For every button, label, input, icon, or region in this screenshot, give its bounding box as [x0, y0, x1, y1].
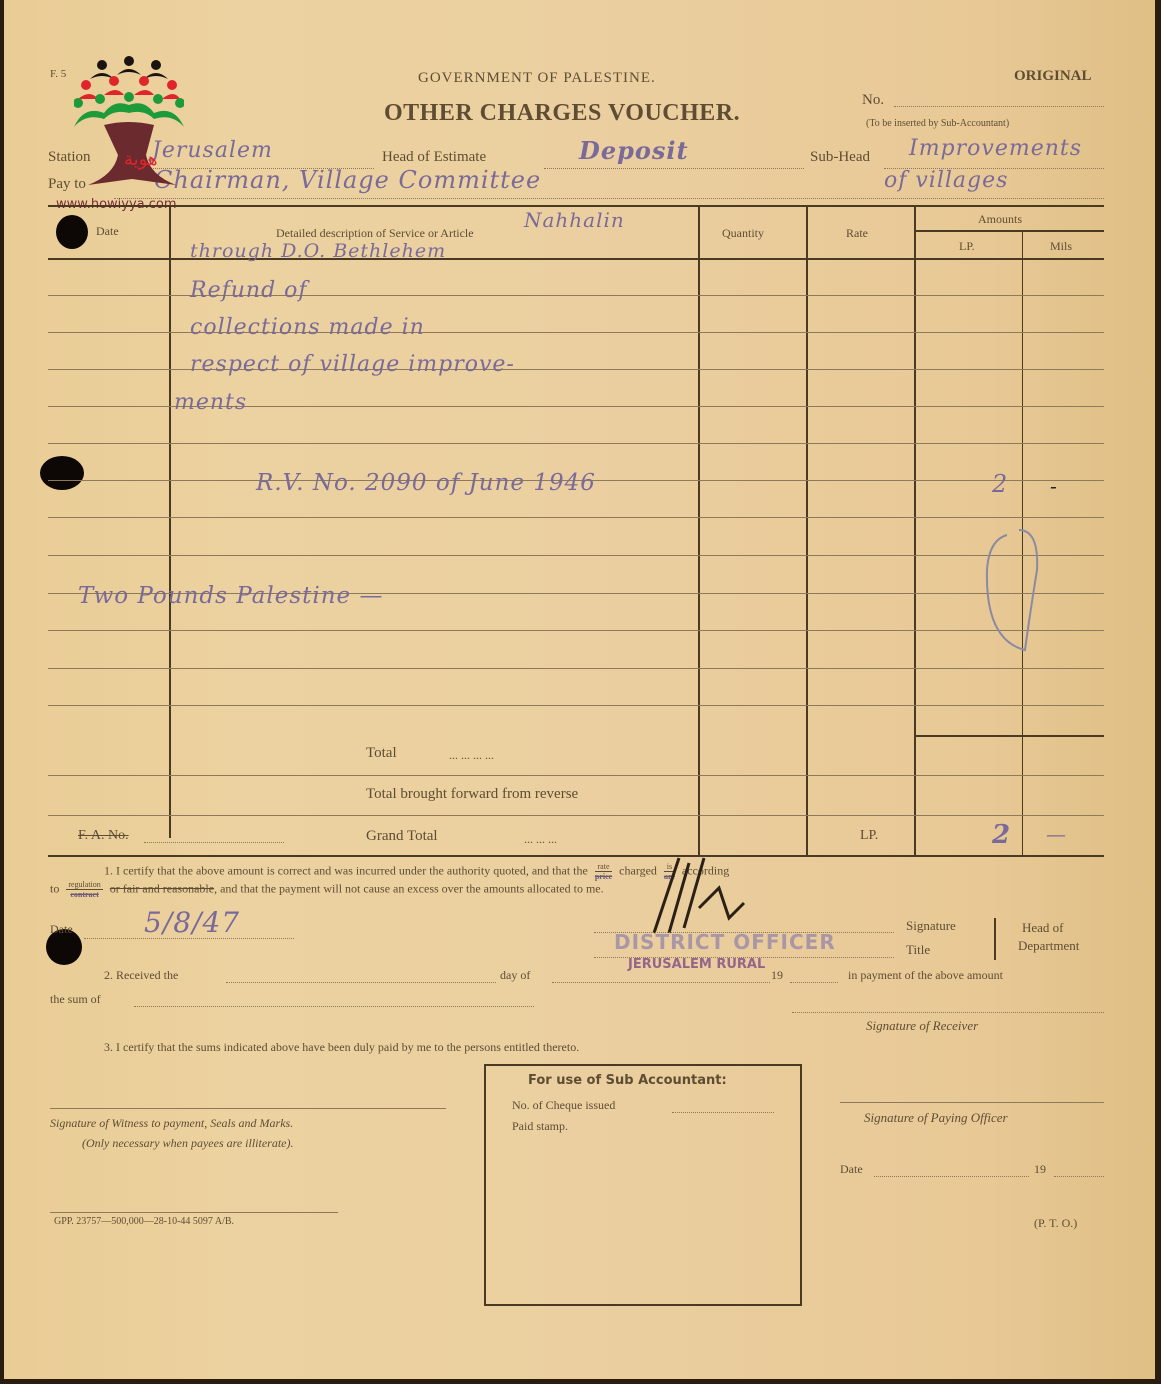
flourish-mark: [979, 525, 1049, 705]
head-of-estimate-label: Head of Estimate: [382, 149, 486, 166]
signature-label: Signature: [906, 918, 956, 934]
grand-total-currency: LP.: [860, 828, 878, 844]
printer-code-rule: [50, 1212, 338, 1213]
sum-of-line[interactable]: [134, 1006, 534, 1007]
cert-date-value[interactable]: 5/8/47: [144, 906, 240, 939]
sub-head-value-line1[interactable]: Improvements: [909, 136, 1082, 161]
receipt-day-of: day of: [500, 968, 530, 983]
col-header-amounts: Amounts: [978, 212, 1022, 227]
table-top-border: [48, 205, 1104, 207]
brought-forward-label: Total brought forward from reverse: [366, 786, 578, 803]
grand-total-mils[interactable]: —: [1046, 822, 1067, 846]
row-line: [48, 517, 1104, 518]
rate-price-fraction: rateprice: [595, 862, 612, 881]
original-label: ORIGINAL: [1014, 68, 1092, 85]
receiver-signature-line[interactable]: [792, 1012, 1104, 1013]
paying-year-prefix: 19: [1034, 1162, 1046, 1177]
cert-date-line: [84, 938, 294, 939]
pay-to-extra: Nahhalin: [524, 208, 625, 232]
printer-code: GPP. 23757—500,000—28-10-44 5097 A/B.: [54, 1216, 234, 1227]
sub-head-value-line2[interactable]: of villages: [884, 168, 1008, 193]
rv-lp[interactable]: 2: [992, 470, 1008, 498]
col-header-mils: Mils: [1050, 239, 1072, 254]
description-row-2[interactable]: Refund of: [190, 278, 308, 303]
col-divider-rate: [914, 205, 916, 855]
form-code: F. 5: [50, 68, 66, 80]
grand-total-lp[interactable]: 2: [992, 820, 1011, 850]
paying-officer-signature-line[interactable]: [840, 1102, 1104, 1103]
description-row-5[interactable]: ments: [174, 390, 247, 415]
description-row-1[interactable]: through D.O. Bethlehem: [190, 240, 446, 262]
receipt-year-line[interactable]: [790, 982, 838, 983]
witness-signature-line[interactable]: [50, 1108, 446, 1109]
head-of-department-line2: Department: [1018, 938, 1079, 954]
row-line: [48, 555, 1104, 556]
witness-label-line2: (Only necessary when payees are illitera…: [82, 1136, 294, 1151]
amount-in-words[interactable]: Two Pounds Palestine —: [78, 583, 383, 609]
sum-of-label: the sum of: [50, 992, 101, 1007]
grand-total-dots: ... ... ...: [524, 832, 557, 847]
table-bottom-border: [48, 855, 1104, 857]
row-line: [48, 443, 1104, 444]
jerusalem-rural-stamp: JERUSALEM RURAL: [628, 957, 765, 972]
struck-fair-reasonable: or fair and reasonable: [110, 881, 214, 895]
svg-text:هوية: هوية: [124, 149, 157, 170]
row-line-amount-total: [916, 735, 1104, 737]
brace-divider: [994, 918, 996, 960]
receipt-day-line[interactable]: [226, 982, 496, 983]
sub-accountant-box: For use of Sub Accountant: No. of Cheque…: [484, 1064, 802, 1306]
description-row-4[interactable]: respect of village improve-: [190, 352, 515, 377]
rv-mils[interactable]: -: [1050, 474, 1058, 498]
district-officer-stamp: DISTRICT OFFICER: [614, 930, 836, 954]
col-header-date: Date: [96, 224, 119, 239]
certification-1-line2: to regulationcontract or fair and reason…: [50, 880, 604, 899]
voucher-no-note: (To be inserted by Sub-Accountant): [866, 118, 1009, 129]
amounts-subheader-line: [916, 230, 1104, 232]
voucher-page: F. 5 GOVERNMENT OF PALESTINE. OTHER CHAR…: [4, 0, 1155, 1379]
to-text: to: [50, 881, 59, 895]
row-line: [48, 705, 1104, 706]
officer-signature: [644, 848, 754, 938]
receipt-prefix: 2. Received the: [104, 968, 178, 983]
total-dots: ... ... ... ...: [449, 748, 494, 763]
cert1-text-end: , and that the payment will not cause an…: [214, 881, 604, 895]
head-of-estimate-line: [544, 168, 804, 169]
witness-label-line1: Signature of Witness to payment, Seals a…: [50, 1116, 293, 1131]
pay-to-value[interactable]: Chairman, Village Committee: [154, 166, 541, 194]
cheque-label: No. of Cheque issued: [512, 1098, 615, 1113]
voucher-no-line[interactable]: [894, 106, 1104, 107]
col-divider-description: [698, 205, 700, 855]
head-of-estimate-value[interactable]: Deposit: [579, 136, 689, 165]
pto-label: (P. T. O.): [1034, 1216, 1077, 1231]
voucher-title: OTHER CHARGES VOUCHER.: [384, 100, 740, 127]
description-row-3[interactable]: collections made in: [190, 315, 425, 340]
sub-head-label: Sub-Head: [810, 149, 870, 166]
row-line: [48, 630, 1104, 631]
fa-no-label: F. A. No.: [78, 828, 129, 844]
row-line: [48, 668, 1104, 669]
total-label: Total: [366, 745, 397, 762]
sub-accountant-title: For use of Sub Accountant:: [528, 1073, 727, 1088]
signature-of-receiver: Signature of Receiver: [866, 1018, 978, 1034]
row-line-total: [48, 775, 1104, 776]
paying-officer-label: Signature of Paying Officer: [864, 1110, 1008, 1126]
col-header-description: Detailed description of Service or Artic…: [276, 226, 474, 241]
tree-people-icon: هوية: [74, 55, 184, 190]
contract-option: contract: [66, 890, 102, 899]
rv-entry[interactable]: R.V. No. 2090 of June 1946: [256, 470, 596, 496]
head-of-department-line1: Head of: [1022, 920, 1064, 936]
pay-to-line: [114, 198, 1104, 199]
grand-total-label: Grand Total: [366, 828, 438, 845]
paying-date-line[interactable]: [874, 1176, 1029, 1177]
col-header-lp: LP.: [959, 239, 975, 254]
title-label: Title: [906, 942, 930, 958]
cert-date-label: Date: [50, 922, 73, 937]
row-line-brought-forward: [48, 815, 1104, 816]
regulation-contract-fraction: regulationcontract: [66, 880, 102, 899]
paid-stamp-label: Paid stamp.: [512, 1119, 568, 1134]
punch-hole-top: [56, 215, 88, 249]
receipt-month-line[interactable]: [552, 982, 770, 983]
rate-option: rate: [595, 862, 612, 872]
cert1-text: 1. I certify that the above amount is co…: [104, 863, 588, 877]
col-header-rate: Rate: [846, 226, 868, 241]
regulation-option: regulation: [66, 880, 102, 890]
certification-3: 3. I certify that the sums indicated abo…: [104, 1040, 579, 1055]
paying-date-label: Date: [840, 1162, 863, 1177]
receipt-19: 19: [771, 968, 783, 983]
paying-year-line[interactable]: [1054, 1176, 1104, 1177]
fa-no-line[interactable]: [144, 842, 284, 843]
cheque-number-line[interactable]: [672, 1112, 774, 1113]
howiyya-logo: هوية: [74, 55, 184, 190]
certification-1: 1. I certify that the above amount is co…: [104, 862, 729, 881]
col-divider-date: [169, 205, 171, 838]
government-heading: GOVERNMENT OF PALESTINE.: [418, 70, 656, 87]
punch-hole-middle: [40, 456, 84, 490]
voucher-no-label: No.: [862, 92, 884, 109]
col-divider-quantity: [806, 205, 808, 855]
col-header-quantity: Quantity: [722, 226, 764, 241]
receipt-suffix: in payment of the above amount: [848, 968, 1003, 983]
